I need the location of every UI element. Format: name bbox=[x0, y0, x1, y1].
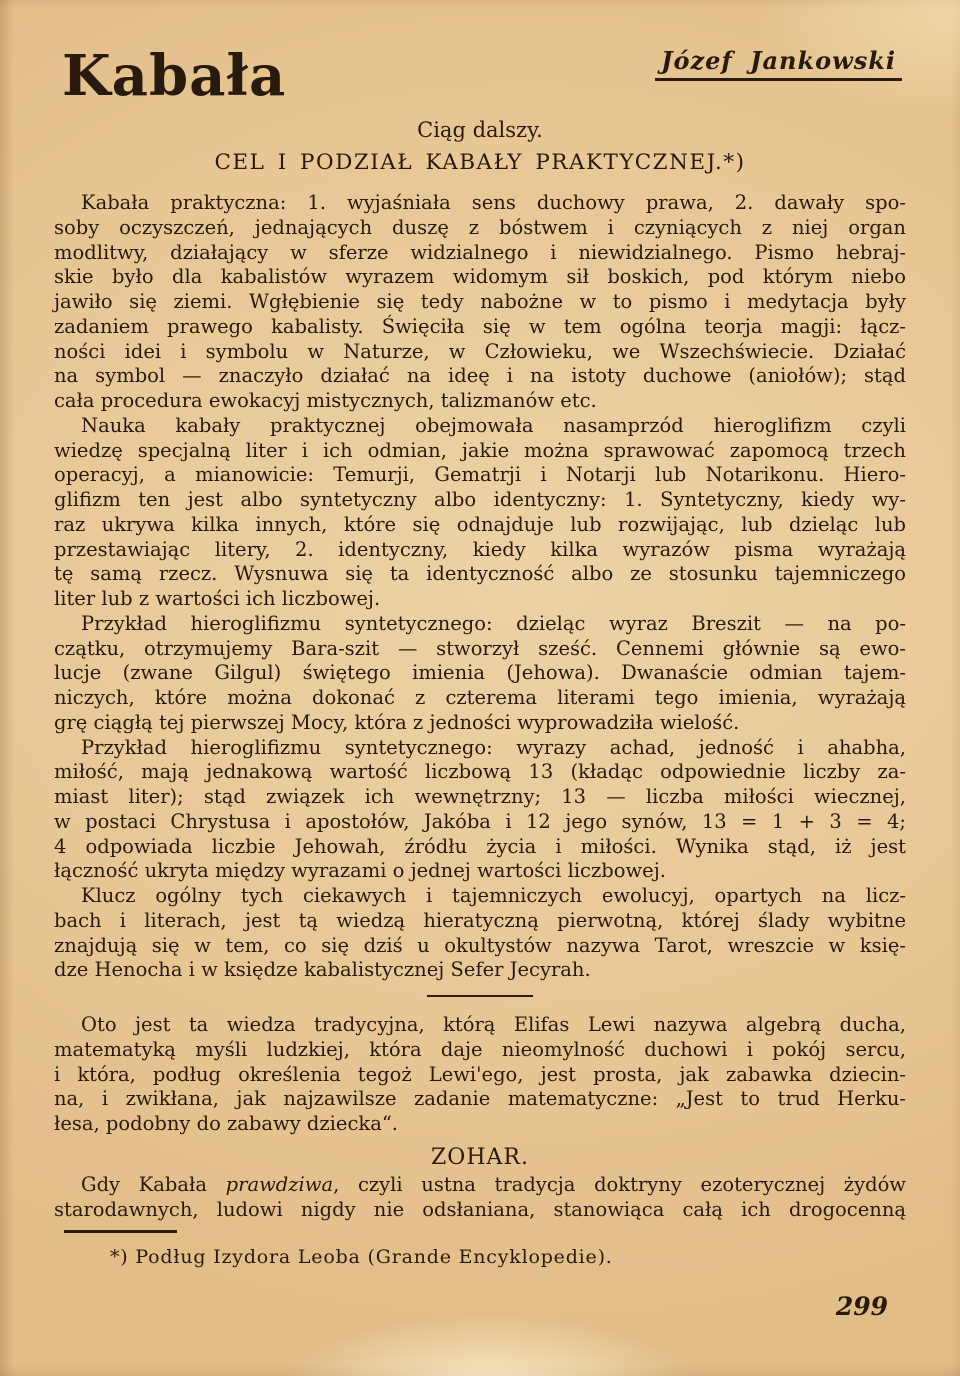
text-line: grę ciągłą tej pierwszej Mocy, która z j… bbox=[54, 711, 906, 736]
paragraph: Nauka kabały praktycznej obejmowała nasa… bbox=[54, 414, 906, 612]
footnote-rule bbox=[64, 1230, 177, 1233]
section-divider bbox=[427, 995, 533, 997]
text-line: ności idei i symbolu w Naturze, w Człowi… bbox=[54, 340, 906, 365]
article-title: Kabała bbox=[62, 48, 286, 104]
text-line: cała procedura ewokacyj mistycznych, tal… bbox=[54, 389, 906, 414]
author-name: Józef Jankowski bbox=[655, 46, 902, 81]
paragraph: Klucz ogólny tych ciekawych i tajemniczy… bbox=[54, 884, 906, 983]
text-line: Przykład hieroglifizmu syntetycznego: wy… bbox=[54, 736, 906, 761]
footnote: *) Podług Izydora Leoba (Grande Encyklop… bbox=[54, 1246, 906, 1268]
text-line: Klucz ogólny tych ciekawych i tajemniczy… bbox=[54, 884, 906, 909]
paragraph: Oto jest ta wiedza tradycyjna, którą Eli… bbox=[54, 1013, 906, 1137]
text-line: i która, podług określenia tegoż Lewi'eg… bbox=[54, 1063, 906, 1088]
text-line: dze Henocha i w księdze kabalistycznej S… bbox=[54, 958, 906, 983]
text-line: wiedzę specjalną liter i ich odmian, jak… bbox=[54, 439, 906, 464]
continuation-note: Ciąg dalszy. bbox=[0, 118, 960, 142]
text-line: Nauka kabały praktycznej obejmowała nasa… bbox=[54, 414, 906, 439]
text-line: czątku, otrzymujemy Bara-szit — stworzył… bbox=[54, 637, 906, 662]
text-line: Oto jest ta wiedza tradycyjna, którą Eli… bbox=[54, 1013, 906, 1038]
text-line: Gdy Kabała prawdziwa, czyli ustna tradyc… bbox=[54, 1173, 906, 1198]
section-heading: CEL I PODZIAŁ KABAŁY PRAKTYCZNEJ.*) bbox=[0, 150, 960, 175]
text-line: miłość, mają jednakową wartość liczbową … bbox=[54, 760, 906, 785]
text-line: starodawnych, ludowi nigdy nie odsłanian… bbox=[54, 1198, 906, 1223]
text-line: na symbol — znaczyło działać na ideę i n… bbox=[54, 364, 906, 389]
text-line: Przykład hieroglifizmu syntetycznego: dz… bbox=[54, 612, 906, 637]
text-line: modlitwy, działający w sferze widzialneg… bbox=[54, 241, 906, 266]
text-line: skie było dla kabalistów wyrazem widomym… bbox=[54, 265, 906, 290]
text-line: lucje (zwane Gilgul) świętego imienia (J… bbox=[54, 661, 906, 686]
text-line: Kabała praktyczna: 1. wyjaśniała sens du… bbox=[54, 191, 906, 216]
text-line: zadaniem prawego kabalisty. Święciła się… bbox=[54, 315, 906, 340]
paragraph: Gdy Kabała prawdziwa, czyli ustna tradyc… bbox=[54, 1173, 906, 1223]
text-line: niczych, które można dokonać z czterema … bbox=[54, 686, 906, 711]
text-line: raz ukrywa kilka innych, które się odnaj… bbox=[54, 513, 906, 538]
text-line: operacyj, a mianowicie: Temurji, Gematrj… bbox=[54, 463, 906, 488]
text-line: jawiło się ziemi. Wgłębienie się tedy na… bbox=[54, 290, 906, 315]
page-number: 299 bbox=[836, 1292, 888, 1321]
text-line: bach i literach, jest tą wiedzą hieratyc… bbox=[54, 909, 906, 934]
text-line: glifizm ten jest albo syntetyczny albo i… bbox=[54, 488, 906, 513]
paragraph: Przykład hieroglifizmu syntetycznego: wy… bbox=[54, 736, 906, 885]
text-line: łączność ukryta między wyrazami o jednej… bbox=[54, 859, 906, 884]
text-line: liter lub z wartości ich liczbowej. bbox=[54, 587, 906, 612]
text-line: matematyką myśli ludzkiej, która daje ni… bbox=[54, 1038, 906, 1063]
paragraph: Przykład hieroglifizmu syntetycznego: dz… bbox=[54, 612, 906, 736]
text-line: soby oczyszczeń, jednających duszę z bós… bbox=[54, 216, 906, 241]
text-line: przestawiając litery, 2. identyczny, kie… bbox=[54, 538, 906, 563]
text-line: 4 odpowiada liczbie Jehowah, źródłu życi… bbox=[54, 835, 906, 860]
text-line: tę samą rzecz. Wysnuwa się ta identyczno… bbox=[54, 562, 906, 587]
article-body: Kabała praktyczna: 1. wyjaśniała sens du… bbox=[54, 191, 906, 1222]
text-line: miast liter); stąd związek ich wewnętrzn… bbox=[54, 785, 906, 810]
scanned-page: Józef Jankowski Kabała Ciąg dalszy. CEL … bbox=[0, 0, 960, 1376]
zohar-heading: ZOHAR. bbox=[54, 1145, 906, 1171]
paragraph: Kabała praktyczna: 1. wyjaśniała sens du… bbox=[54, 191, 906, 414]
text-line: w postaci Chrystusa i apostołów, Jakóba … bbox=[54, 810, 906, 835]
text-line: znajdują się w tem, co się dziś u okulty… bbox=[54, 934, 906, 959]
text-line: łesa, podobny do zabawy dziecka“. bbox=[54, 1112, 906, 1137]
text-line: na, i zwikłana, jak najzawilsze zadanie … bbox=[54, 1087, 906, 1112]
